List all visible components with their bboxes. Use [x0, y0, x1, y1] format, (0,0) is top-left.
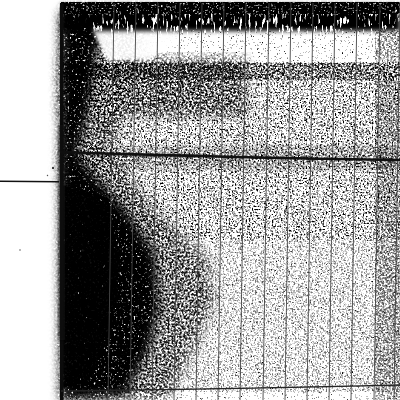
top-band-white-specks — [61, 2, 400, 15]
scan-image — [0, 0, 400, 400]
scan-noise-layers — [61, 2, 400, 400]
margin-rule — [0, 181, 59, 182]
page-edge-shadow-thick — [59, 125, 65, 340]
margin-specks — [19, 167, 54, 251]
margin-speck — [47, 175, 48, 176]
margin-speck — [52, 167, 54, 169]
scanned-document-page — [0, 0, 400, 400]
margin-speck — [19, 249, 21, 251]
